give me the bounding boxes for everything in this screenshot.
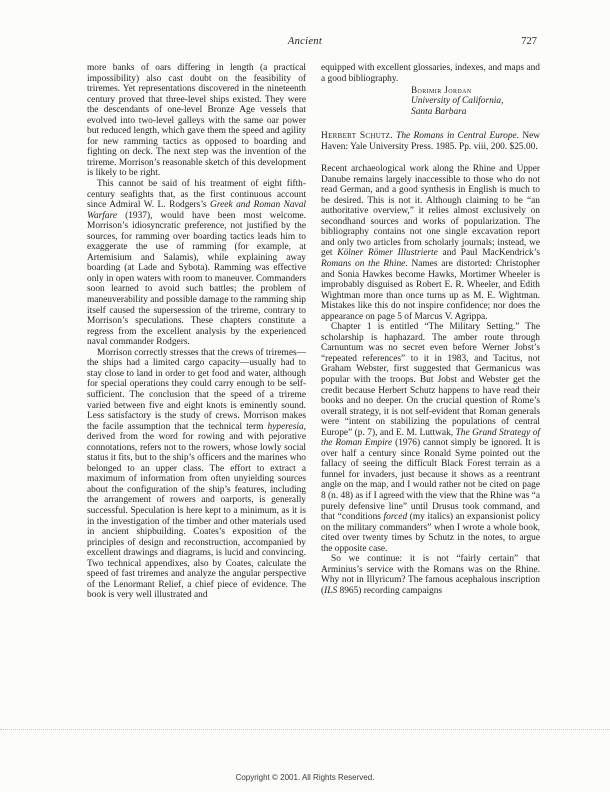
reviewer-name: Borimir Jordan [411, 85, 540, 96]
page-header: Ancient 727 [0, 36, 610, 52]
paragraph: Chapter 1 is entitled “The Military Sett… [321, 322, 540, 554]
text-columns: more banks of oars differing in length (… [87, 63, 540, 601]
paragraph: equipped with excellent glossaries, inde… [321, 63, 540, 84]
review-book-title: The Romans in Central Europe. [396, 131, 519, 141]
review-body-text: Recent archaeological work along the Rhi… [321, 164, 540, 596]
paragraph: Morrison correctly stresses that the cre… [87, 348, 306, 601]
previous-review-continuation: equipped with excellent glossaries, inde… [321, 63, 540, 84]
review-author: Herbert Schutz. [321, 131, 393, 141]
dotted-rule [0, 729, 610, 730]
review-heading: Herbert Schutz. The Romans in Central Eu… [321, 131, 540, 153]
left-column: more banks of oars differing in length (… [87, 63, 306, 601]
running-head: Ancient [0, 36, 610, 47]
page-footer: Copyright © 2001. All Rights Reserved. [0, 773, 610, 782]
right-column: equipped with excellent glossaries, inde… [321, 63, 540, 601]
page-number: 727 [521, 36, 537, 47]
left-column-text: more banks of oars differing in length (… [87, 63, 306, 601]
paragraph: This cannot be said of his treatment of … [87, 179, 306, 348]
reviewer-attribution: Borimir Jordan University of California,… [411, 85, 540, 117]
paragraph: Recent archaeological work along the Rhi… [321, 164, 540, 322]
journal-page: Ancient 727 more banks of oars differing… [0, 0, 610, 792]
reviewer-affiliation-line2: Santa Barbara [411, 107, 540, 118]
paragraph: So we continue: it is not “fairly certai… [321, 554, 540, 596]
copyright-notice: Copyright © 2001. All Rights Reserved. [236, 773, 375, 782]
reviewer-affiliation-line1: University of California, [411, 96, 540, 107]
paragraph: more banks of oars differing in length (… [87, 63, 306, 179]
